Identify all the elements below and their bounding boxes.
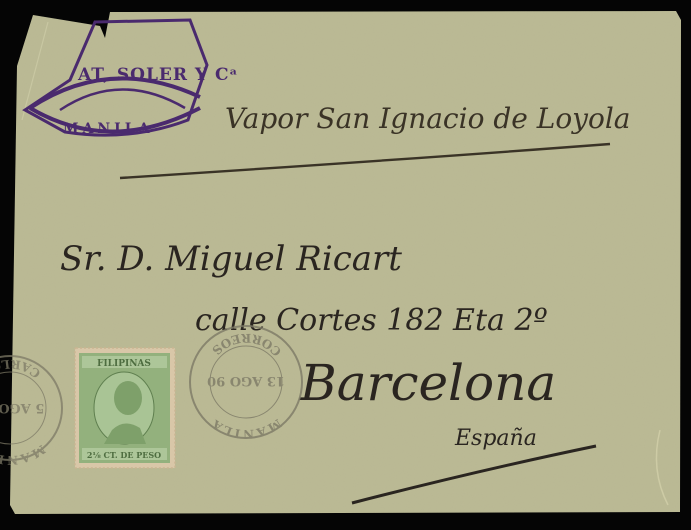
postmark-center-date: 13 AGO 90 [207,373,285,388]
routing-note-text: Vapor San Ignacio de Loyola [225,102,631,135]
address-line-name: Sr. D. Miguel Ricart [60,239,402,279]
envelope-scene: AT, SOLER Y Cᵃ MANILA Vapor San Ignacio … [0,0,691,530]
postmark-left-date: 5 AGO 90 [0,400,44,415]
cachet-top-text: AT, SOLER Y Cᵃ [77,65,238,85]
address-line-country: España [454,426,537,451]
postage-stamp: FILIPINAS 2⅛ CT. DE PESO [75,348,175,468]
address-line-city: Barcelona [299,354,556,412]
stamp-country: FILIPINAS [97,359,151,369]
cachet-bottom-text: MANILA [63,121,153,137]
stamp-value: 2⅛ CT. DE PESO [87,450,161,460]
